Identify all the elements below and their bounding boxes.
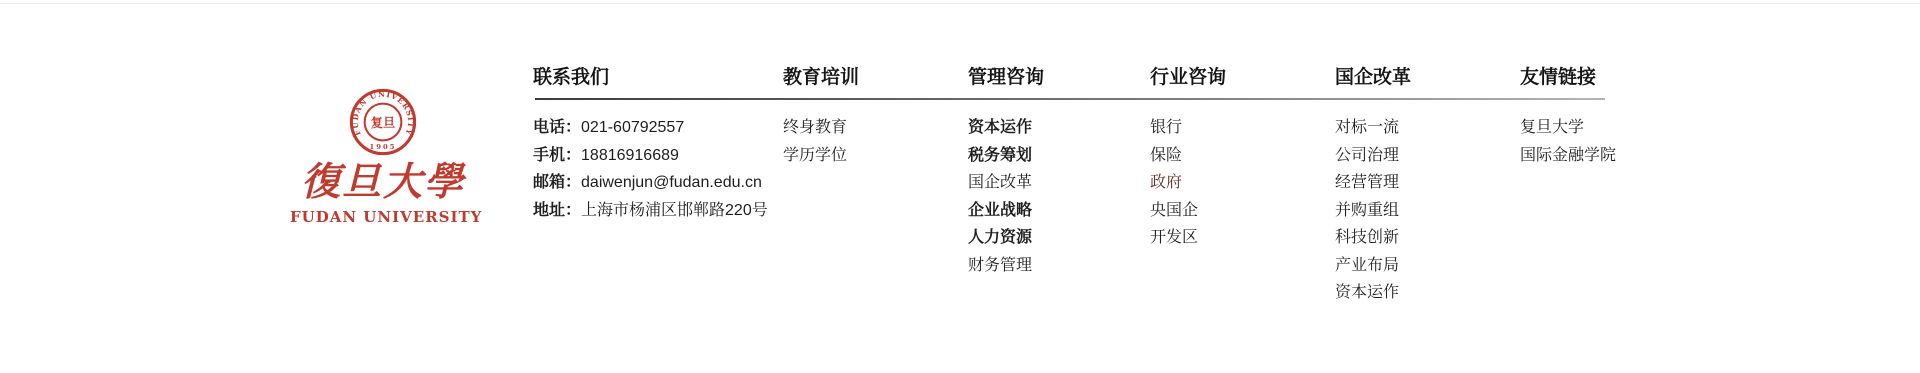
footer-link-corporate-governance[interactable]: 公司治理	[1335, 147, 1520, 175]
contact-phone-value: 021-60792557	[581, 119, 684, 136]
contact-mobile-value: 18816916689	[581, 147, 679, 164]
seal-emblem-text: 复旦	[371, 115, 395, 130]
footer-column-management-consulting: 管理咨询 资本运作 税务筹划 国企改革 企业战略 人力资源 财务管理	[968, 68, 1150, 284]
footer-link-lifelong-education[interactable]: 终身教育	[783, 119, 968, 147]
contact-address-label: 地址：	[533, 202, 581, 219]
footer-column-education: 教育培训 终身教育 学历学位	[783, 68, 968, 174]
column-title-management-consulting: 管理咨询	[968, 68, 1150, 88]
column-title-friendly-links: 友情链接	[1520, 68, 1720, 88]
contact-address-value: 上海市杨浦区邯郸路220号	[581, 202, 768, 219]
footer-column-industry-consulting: 行业咨询 银行 保险 政府 央国企 开发区	[1150, 68, 1335, 257]
footer-link-tech-innovation[interactable]: 科技创新	[1335, 229, 1520, 257]
footer-link-intl-finance-school[interactable]: 国际金融学院	[1520, 147, 1720, 175]
footer-link-operations-management[interactable]: 经营管理	[1335, 174, 1520, 202]
contact-list: 电话：021-60792557 手机：18816916689 邮箱：daiwen…	[533, 119, 783, 229]
svg-text:FUDAN UNIVERSITY: FUDAN UNIVERSITY	[351, 90, 416, 137]
contact-email-value: daiwenjun@fudan.edu.cn	[581, 174, 762, 191]
footer-link-degree-programs[interactable]: 学历学位	[783, 147, 968, 175]
footer-link-fudan-university[interactable]: 复旦大学	[1520, 119, 1720, 147]
fudan-calligraphy-wordmark: 復旦大學	[290, 158, 476, 206]
column-title-soe-reform: 国企改革	[1335, 68, 1520, 88]
footer-link-soe-reform[interactable]: 国企改革	[968, 174, 1150, 202]
footer-link-industry-layout[interactable]: 产业布局	[1335, 257, 1520, 285]
fudan-seal-icon: FUDAN UNIVERSITY 1905 复旦	[349, 88, 417, 156]
column-title-contact: 联系我们	[533, 68, 783, 88]
footer-link-corporate-strategy[interactable]: 企业战略	[968, 202, 1150, 230]
seal-year-text: 1905	[369, 143, 396, 151]
footer-column-contact: 联系我们 电话：021-60792557 手机：18816916689 邮箱：d…	[533, 68, 783, 229]
fudan-english-wordmark: FUDAN UNIVERSITY	[290, 208, 476, 226]
footer-link-mergers-acquisitions[interactable]: 并购重组	[1335, 202, 1520, 230]
footer-column-friendly-links: 友情链接 复旦大学 国际金融学院	[1520, 68, 1720, 174]
contact-email-label: 邮箱：	[533, 174, 581, 191]
footer-column-soe-reform: 国企改革 对标一流 公司治理 经营管理 并购重组 科技创新 产业布局 资本运作	[1335, 68, 1520, 312]
site-footer: FUDAN UNIVERSITY 1905 复旦 復旦大學 FUDAN UNIV…	[0, 0, 1920, 373]
footer-link-central-soe[interactable]: 央国企	[1150, 202, 1335, 230]
contact-email: 邮箱：daiwenjun@fudan.edu.cn	[533, 174, 783, 202]
footer-top-divider	[0, 3, 1920, 4]
contact-phone: 电话：021-60792557	[533, 119, 783, 147]
column-title-industry-consulting: 行业咨询	[1150, 68, 1335, 88]
education-links: 终身教育 学历学位	[783, 119, 968, 174]
contact-mobile: 手机：18816916689	[533, 147, 783, 175]
contact-mobile-label: 手机：	[533, 147, 581, 164]
footer-link-tax-planning[interactable]: 税务筹划	[968, 147, 1150, 175]
management-consulting-links: 资本运作 税务筹划 国企改革 企业战略 人力资源 财务管理	[968, 119, 1150, 284]
footer-link-financial-management[interactable]: 财务管理	[968, 257, 1150, 285]
footer-link-banking[interactable]: 银行	[1150, 119, 1335, 147]
footer-link-development-zone[interactable]: 开发区	[1150, 229, 1335, 257]
footer-link-insurance[interactable]: 保险	[1150, 147, 1335, 175]
footer-link-benchmark-first-class[interactable]: 对标一流	[1335, 119, 1520, 147]
contact-address: 地址：上海市杨浦区邯郸路220号	[533, 202, 783, 230]
contact-phone-label: 电话：	[533, 119, 581, 136]
footer-link-government[interactable]: 政府	[1150, 174, 1335, 202]
soe-reform-links: 对标一流 公司治理 经营管理 并购重组 科技创新 产业布局 资本运作	[1335, 119, 1520, 312]
seal-university-text: FUDAN UNIVERSITY	[351, 90, 416, 137]
industry-consulting-links: 银行 保险 政府 央国企 开发区	[1150, 119, 1335, 257]
column-title-education: 教育培训	[783, 68, 968, 88]
footer-link-capital-operation-2[interactable]: 资本运作	[1335, 284, 1520, 312]
footer-link-human-resources[interactable]: 人力资源	[968, 229, 1150, 257]
friendly-links: 复旦大学 国际金融学院	[1520, 119, 1720, 174]
fudan-logo[interactable]: FUDAN UNIVERSITY 1905 复旦 復旦大學 FUDAN UNIV…	[290, 88, 476, 226]
footer-link-capital-operation[interactable]: 资本运作	[968, 119, 1150, 147]
